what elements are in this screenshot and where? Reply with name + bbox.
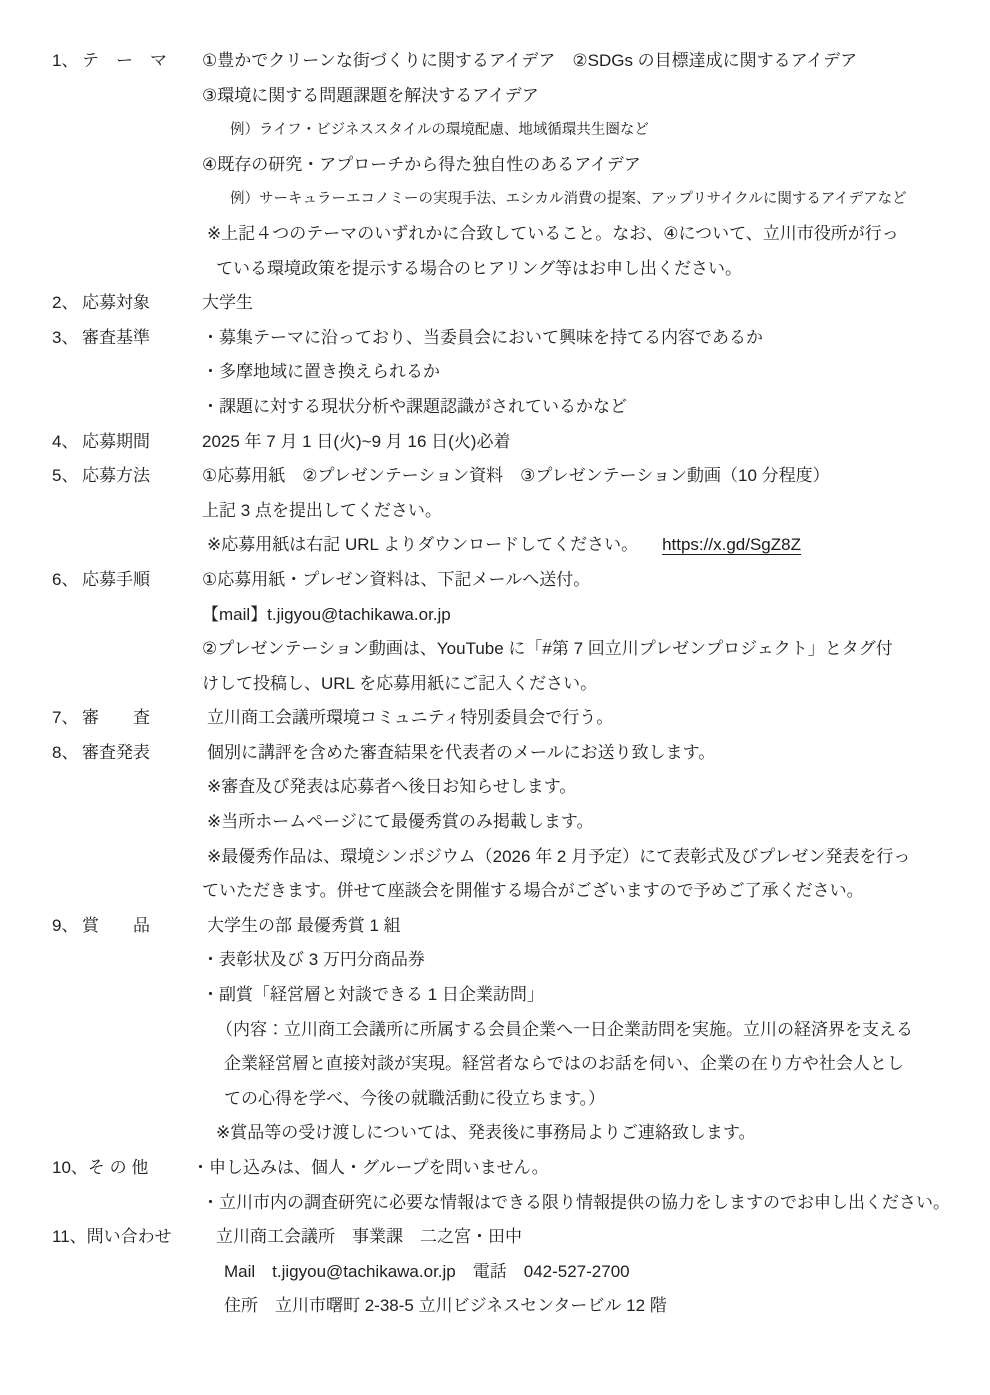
section-label: 1、テ ー マ (52, 44, 202, 79)
content-line: けして投稿し、URL を応募用紙にご記入ください。 (202, 667, 970, 702)
section-number: 2、 (52, 286, 82, 321)
doc-row: 6、応募手順①応募用紙・プレゼン資料は、下記メールへ送付。 (52, 563, 970, 598)
section-period: 4、応募期間2025 年 7 月 1 日(火)~9 月 16 日(火)必着 (52, 425, 970, 460)
content-line: ※賞品等の受け渡しについては、発表後に事務局よりご連絡致します。 (216, 1116, 970, 1151)
section-results-announcement: 8、審査発表個別に講評を含めた審査結果を代表者のメールにお送り致します。※審査及… (52, 736, 970, 909)
doc-row: 【mail】t.jigyou@tachikawa.or.jp (52, 598, 970, 633)
content-line: ての心得を学べ、今後の就職活動に役立ちます。） (224, 1082, 970, 1117)
doc-row: 10、そ の 他・申し込みは、個人・グループを問いません。 (52, 1151, 970, 1186)
content-line: ③環境に関する問題課題を解決するアイデア (202, 79, 970, 114)
section-label: 6、応募手順 (52, 563, 202, 598)
doc-row: 企業経営層と直接対談が実現。経営者ならではのお話を伺い、企業の在り方や社会人とし (52, 1047, 970, 1082)
content-line: 大学生の部 最優秀賞 1 組 (207, 909, 970, 944)
doc-row: 上記 3 点を提出してください。 (52, 494, 970, 529)
doc-row: ・副賞「経営層と対談できる 1 日企業訪問」 (52, 978, 970, 1013)
section-label: 11、問い合わせ (52, 1220, 202, 1255)
doc-row: 3、審査基準・募集テーマに沿っており、当委員会において興味を持てる内容であるか (52, 321, 970, 356)
content-line: ・募集テーマに沿っており、当委員会において興味を持てる内容であるか (202, 321, 970, 356)
section-title: 応募方法 (82, 466, 150, 485)
section-number: 9、 (52, 909, 82, 944)
section-label: 4、応募期間 (52, 425, 202, 460)
doc-row: 8、審査発表個別に講評を含めた審査結果を代表者のメールにお送り致します。 (52, 736, 970, 771)
section-number: 10、 (52, 1151, 88, 1186)
content-line: ※審査及び発表は応募者へ後日お知らせします。 (207, 770, 970, 805)
content-line: ※上記４つのテーマのいずれかに合致していること。なお、④について、立川市役所が行… (207, 217, 970, 252)
content-line: ・立川市内の調査研究に必要な情報はできる限り情報提供の協力をしますのでお申し出く… (202, 1186, 970, 1221)
content-line: 例）ライフ・ビジネススタイルの環境配慮、地域循環共生圏など (230, 113, 970, 148)
content-line: ・副賞「経営層と対談できる 1 日企業訪問」 (202, 978, 970, 1013)
section-title: 応募対象 (82, 293, 150, 312)
contact-address: 住所 立川市曙町 2-38-5 立川ビジネスセンタービル 12 階 (224, 1289, 970, 1324)
section-application-procedure: 6、応募手順①応募用紙・プレゼン資料は、下記メールへ送付。【mail】t.jig… (52, 563, 970, 701)
section-title: 問い合わせ (87, 1227, 172, 1246)
section-other: 10、そ の 他・申し込みは、個人・グループを問いません。・立川市内の調査研究に… (52, 1151, 970, 1220)
section-number: 1、 (52, 44, 82, 79)
doc-row: ・表彰状及び 3 万円分商品券 (52, 943, 970, 978)
doc-row: ※応募用紙は右記 URL よりダウンロードしてください。https://x.gd… (52, 528, 970, 563)
contact-names: 立川商工会議所 事業課 二之宮・田中 (216, 1220, 970, 1255)
doc-row: ている環境政策を提示する場合のヒアリング等はお申し出ください。 (52, 252, 970, 287)
section-contact: 11、問い合わせ立川商工会議所 事業課 二之宮・田中Mail t.jigyou@… (52, 1220, 970, 1324)
content-line: ②プレゼンテーション動画は、YouTube に「#第 7 回立川プレゼンプロジェ… (202, 632, 970, 667)
section-title: 審査基準 (82, 328, 150, 347)
section-label: 8、審査発表 (52, 736, 202, 771)
application-period: 2025 年 7 月 1 日(火)~9 月 16 日(火)必着 (202, 425, 970, 460)
doc-row: ・立川市内の調査研究に必要な情報はできる限り情報提供の協力をしますのでお申し出く… (52, 1186, 970, 1221)
section-number: 3、 (52, 321, 82, 356)
doc-row: 2、応募対象大学生 (52, 286, 970, 321)
content-line: 立川商工会議所環境コミュニティ特別委員会で行う。 (207, 701, 970, 736)
content-line: ※応募用紙は右記 URL よりダウンロードしてください。https://x.gd… (207, 528, 970, 563)
section-number: 8、 (52, 736, 82, 771)
content-line: ④既存の研究・アプローチから得た独自性のあるアイデア (202, 148, 970, 183)
content-line: ・申し込みは、個人・グループを問いません。 (192, 1151, 970, 1186)
doc-row: ていただきます。併せて座談会を開催する場合がございますので予めご了承ください。 (52, 874, 970, 909)
section-screening: 7、審 査立川商工会議所環境コミュニティ特別委員会で行う。 (52, 701, 970, 736)
doc-row: Mail t.jigyou@tachikawa.or.jp 電話 042-527… (52, 1255, 970, 1290)
content-line: ている環境政策を提示する場合のヒアリング等はお申し出ください。 (216, 252, 970, 287)
doc-row: 9、賞 品大学生の部 最優秀賞 1 組 (52, 909, 970, 944)
doc-row: ・多摩地域に置き換えられるか (52, 355, 970, 390)
content-line: ていただきます。併せて座談会を開催する場合がございますので予めご了承ください。 (202, 874, 970, 909)
doc-row: けして投稿し、URL を応募用紙にご記入ください。 (52, 667, 970, 702)
content-line: ・多摩地域に置き換えられるか (202, 355, 970, 390)
content-line: （内容：立川商工会議所に所属する会員企業へ一日企業訪問を実施。立川の経済界を支え… (216, 1013, 970, 1048)
section-number: 4、 (52, 425, 82, 460)
contact-mail-phone: Mail t.jigyou@tachikawa.or.jp 電話 042-527… (224, 1255, 970, 1290)
doc-row: 例）サーキュラーエコノミーの実現手法、エシカル消費の提案、アップリサイクルに関す… (52, 182, 970, 217)
doc-row: 11、問い合わせ立川商工会議所 事業課 二之宮・田中 (52, 1220, 970, 1255)
section-theme: 1、テ ー マ①豊かでクリーンな街づくりに関するアイデア ②SDGs の目標達成… (52, 44, 970, 286)
section-title: 賞 品 (82, 916, 150, 935)
section-label: 7、審 査 (52, 701, 202, 736)
doc-row: ※最優秀作品は、環境シンポジウム（2026 年 2 月予定）にて表彰式及びプレゼ… (52, 840, 970, 875)
content-line: 上記 3 点を提出してください。 (202, 494, 970, 529)
doc-row: ・課題に対する現状分析や課題認識がされているかなど (52, 390, 970, 425)
content-line: ①応募用紙・プレゼン資料は、下記メールへ送付。 (202, 563, 970, 598)
section-title: 応募手順 (82, 570, 150, 589)
mail-address: 【mail】t.jigyou@tachikawa.or.jp (202, 598, 970, 633)
content-line: ①豊かでクリーンな街づくりに関するアイデア ②SDGs の目標達成に関するアイデ… (202, 44, 970, 79)
doc-row: ※上記４つのテーマのいずれかに合致していること。なお、④について、立川市役所が行… (52, 217, 970, 252)
section-title: テ ー マ (82, 51, 167, 70)
content-line: ※最優秀作品は、環境シンポジウム（2026 年 2 月予定）にて表彰式及びプレゼ… (207, 840, 970, 875)
section-number: 11、 (52, 1220, 87, 1255)
doc-row: （内容：立川商工会議所に所属する会員企業へ一日企業訪問を実施。立川の経済界を支え… (52, 1013, 970, 1048)
doc-row: 住所 立川市曙町 2-38-5 立川ビジネスセンタービル 12 階 (52, 1289, 970, 1324)
content-line: 大学生 (202, 286, 970, 321)
content-line: 例）サーキュラーエコノミーの実現手法、エシカル消費の提案、アップリサイクルに関す… (230, 182, 970, 217)
section-eligibility: 2、応募対象大学生 (52, 286, 970, 321)
section-label: 5、応募方法 (52, 459, 202, 494)
document: 1、テ ー マ①豊かでクリーンな街づくりに関するアイデア ②SDGs の目標達成… (0, 0, 990, 1324)
content-line: ・表彰状及び 3 万円分商品券 (202, 943, 970, 978)
section-prizes: 9、賞 品大学生の部 最優秀賞 1 組・表彰状及び 3 万円分商品券・副賞「経営… (52, 909, 970, 1151)
section-title: 審 査 (82, 708, 150, 727)
section-application-method: 5、応募方法①応募用紙 ②プレゼンテーション資料 ③プレゼンテーション動画（10… (52, 459, 970, 563)
doc-row: 1、テ ー マ①豊かでクリーンな街づくりに関するアイデア ②SDGs の目標達成… (52, 44, 970, 79)
content-line: 個別に講評を含めた審査結果を代表者のメールにお送り致します。 (207, 736, 970, 771)
doc-row: ※賞品等の受け渡しについては、発表後に事務局よりご連絡致します。 (52, 1116, 970, 1151)
doc-row: ※当所ホームページにて最優秀賞のみ掲載します。 (52, 805, 970, 840)
section-label: 10、そ の 他 (52, 1151, 202, 1186)
section-label: 3、審査基準 (52, 321, 202, 356)
section-number: 7、 (52, 701, 82, 736)
section-title: そ の 他 (88, 1158, 148, 1177)
section-label: 9、賞 品 (52, 909, 202, 944)
content-line: 企業経営層と直接対談が実現。経営者ならではのお話を伺い、企業の在り方や社会人とし (224, 1047, 970, 1082)
section-title: 応募期間 (82, 432, 150, 451)
doc-row: ②プレゼンテーション動画は、YouTube に「#第 7 回立川プレゼンプロジェ… (52, 632, 970, 667)
application-form-url-link[interactable]: https://x.gd/SgZ8Z (662, 535, 801, 554)
section-title: 審査発表 (82, 743, 150, 762)
content-line: ※当所ホームページにて最優秀賞のみ掲載します。 (207, 805, 970, 840)
section-number: 5、 (52, 459, 82, 494)
doc-row: 7、審 査立川商工会議所環境コミュニティ特別委員会で行う。 (52, 701, 970, 736)
doc-row: ③環境に関する問題課題を解決するアイデア (52, 79, 970, 114)
content-line: ・課題に対する現状分析や課題認識がされているかなど (202, 390, 970, 425)
content-line: ①応募用紙 ②プレゼンテーション資料 ③プレゼンテーション動画（10 分程度） (202, 459, 970, 494)
doc-row: 5、応募方法①応募用紙 ②プレゼンテーション資料 ③プレゼンテーション動画（10… (52, 459, 970, 494)
section-number: 6、 (52, 563, 82, 598)
section-label: 2、応募対象 (52, 286, 202, 321)
doc-row: ④既存の研究・アプローチから得た独自性のあるアイデア (52, 148, 970, 183)
doc-row: 4、応募期間2025 年 7 月 1 日(火)~9 月 16 日(火)必着 (52, 425, 970, 460)
section-criteria: 3、審査基準・募集テーマに沿っており、当委員会において興味を持てる内容であるか・… (52, 321, 970, 425)
url-note-text: ※応募用紙は右記 URL よりダウンロードしてください。 (207, 535, 638, 554)
doc-row: 例）ライフ・ビジネススタイルの環境配慮、地域循環共生圏など (52, 113, 970, 148)
doc-row: ての心得を学べ、今後の就職活動に役立ちます。） (52, 1082, 970, 1117)
doc-row: ※審査及び発表は応募者へ後日お知らせします。 (52, 770, 970, 805)
